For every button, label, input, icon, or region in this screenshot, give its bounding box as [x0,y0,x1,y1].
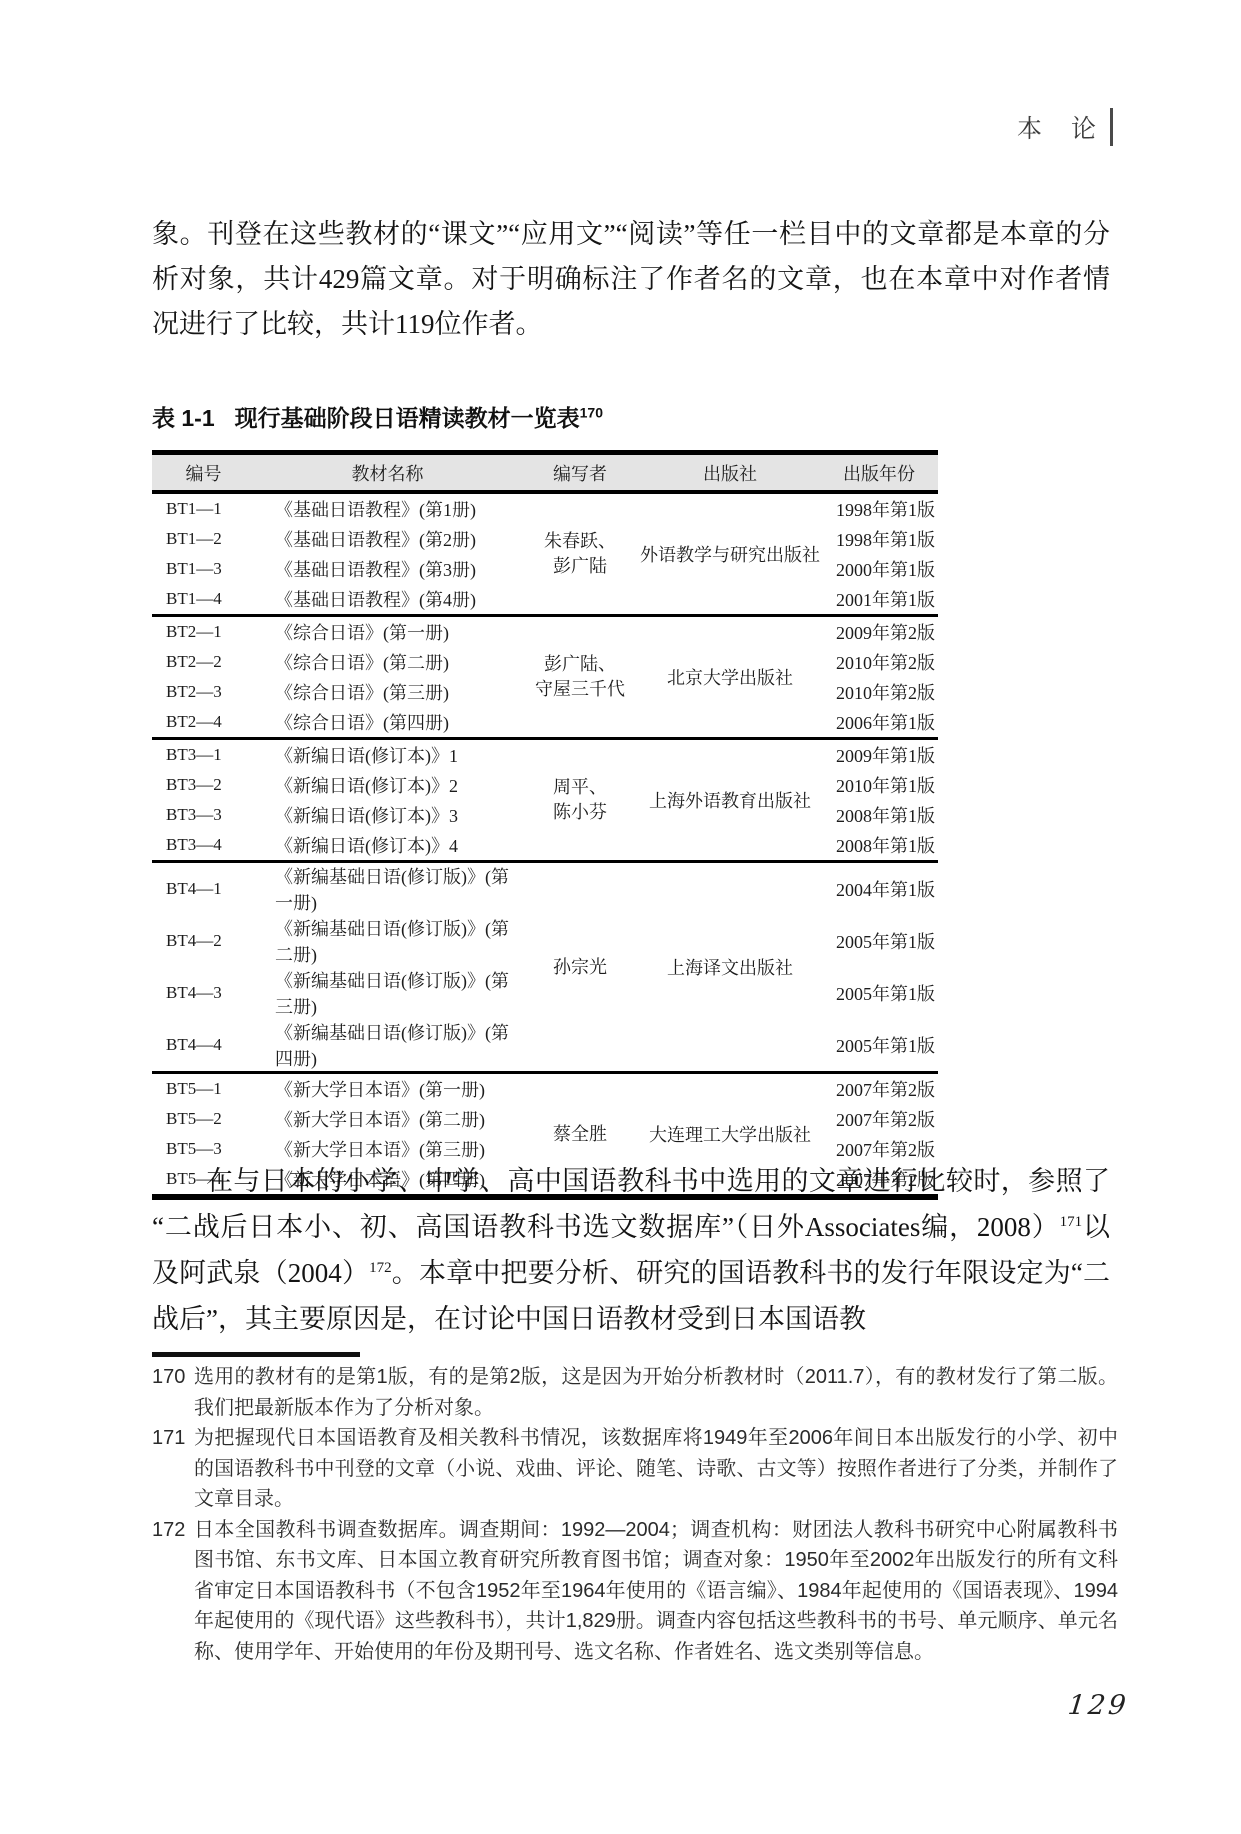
cell-title: 《新编基础日语(修订版)》(第三册) [255,967,520,1019]
cell-title: 《新编基础日语(修订版)》(第二册) [255,915,520,967]
table-caption: 表 1-1现行基础阶段日语精读教材一览表170 [152,400,603,433]
footnote-number: 170 [152,1362,194,1393]
footnote-item: 171为把握现代日本国语教育及相关教科书情况，该数据库将1949年至2006年间… [152,1423,1118,1515]
cell-title: 《基础日语教程》(第3册) [255,554,520,584]
footnote-ref-172: 172 [369,1260,392,1276]
cell-id: BT4—2 [152,915,255,967]
body-paragraph-2: 在与日本的小学、中学、高中国语教科书中选用的文章进行比较时，参照了“二战后日本小… [152,1158,1110,1342]
cell-year: 1998年第1版 [820,492,938,524]
cell-publisher: 北京大学出版社 [640,616,820,739]
table-header: 编号 教材名称 编写者 出版社 出版年份 [152,453,938,493]
cell-title: 《新编日语(修订本)》3 [255,800,520,830]
cell-year: 2010年第2版 [820,677,938,707]
textbook-table: 编号 教材名称 编写者 出版社 出版年份 BT1—1《基础日语教程》(第1册)朱… [152,450,938,1200]
cell-id: BT3—3 [152,800,255,830]
cell-title: 《综合日语》(第一册) [255,616,520,648]
col-header-author: 编写者 [520,453,640,493]
cell-id: BT1—3 [152,554,255,584]
table-row: BT3—1《新编日语(修订本)》1周平、 陈小芬上海外语教育出版社2009年第1… [152,739,938,771]
cell-year: 2010年第2版 [820,647,938,677]
cell-id: BT2—4 [152,707,255,739]
footnote-number: 172 [152,1515,194,1546]
cell-author: 孙宗光 [520,862,640,1073]
footnote-text: 选用的教材有的是第1版，有的是第2版，这是因为开始分析教材时（2011.7），有… [194,1362,1118,1423]
cell-year: 2007年第2版 [820,1104,938,1134]
footnotes: 170选用的教材有的是第1版，有的是第2版，这是因为开始分析教材时（2011.7… [152,1362,1118,1667]
cell-title: 《基础日语教程》(第1册) [255,492,520,524]
cell-title: 《综合日语》(第二册) [255,647,520,677]
footnote-text: 为把握现代日本国语教育及相关教科书情况，该数据库将1949年至2006年间日本出… [194,1423,1118,1515]
cell-publisher: 外语教学与研究出版社 [640,492,820,616]
cell-year: 2009年第1版 [820,739,938,771]
table-caption-label: 表 1-1 [152,405,215,431]
cell-year: 2005年第1版 [820,1019,938,1073]
cell-title: 《新编日语(修订本)》2 [255,770,520,800]
footnote-item: 170选用的教材有的是第1版，有的是第2版，这是因为开始分析教材时（2011.7… [152,1362,1118,1423]
footnote-separator-rule [152,1352,360,1357]
cell-title: 《新编日语(修订本)》4 [255,830,520,862]
cell-id: BT4—3 [152,967,255,1019]
running-header-divider [1110,108,1113,146]
cell-publisher: 上海外语教育出版社 [640,739,820,862]
textbook-table-body: BT1—1《基础日语教程》(第1册)朱春跃、 彭广陆外语教学与研究出版社1998… [152,492,938,1197]
cell-title: 《新编基础日语(修订版)》(第四册) [255,1019,520,1073]
table-caption-footnote-ref: 170 [580,404,603,420]
cell-year: 2005年第1版 [820,967,938,1019]
col-header-id: 编号 [152,453,255,493]
cell-id: BT2—1 [152,616,255,648]
cell-id: BT3—2 [152,770,255,800]
cell-title: 《综合日语》(第三册) [255,677,520,707]
cell-year: 2000年第1版 [820,554,938,584]
cell-author: 周平、 陈小芬 [520,739,640,862]
cell-id: BT1—2 [152,524,255,554]
cell-year: 1998年第1版 [820,524,938,554]
cell-title: 《新大学日本语》(第二册) [255,1104,520,1134]
cell-id: BT4—1 [152,862,255,916]
table-row: BT5—1《新大学日本语》(第一册)蔡全胜大连理工大学出版社2007年第2版 [152,1073,938,1105]
footnote-number: 171 [152,1423,194,1454]
cell-id: BT5—1 [152,1073,255,1105]
table-row: BT1—1《基础日语教程》(第1册)朱春跃、 彭广陆外语教学与研究出版社1998… [152,492,938,524]
page-number: 129 [1066,1690,1130,1721]
cell-title: 《新编日语(修订本)》1 [255,739,520,771]
cell-year: 2001年第1版 [820,584,938,616]
running-header-title: 本 论 [1017,109,1098,145]
cell-id: BT3—1 [152,739,255,771]
cell-year: 2010年第1版 [820,770,938,800]
cell-title: 《基础日语教程》(第2册) [255,524,520,554]
col-header-title: 教材名称 [255,453,520,493]
col-header-year: 出版年份 [820,453,938,493]
cell-year: 2004年第1版 [820,862,938,916]
cell-publisher: 上海译文出版社 [640,862,820,1073]
footnote-ref-171: 171 [1060,1214,1083,1230]
cell-title: 《新大学日本语》(第一册) [255,1073,520,1105]
cell-id: BT2—3 [152,677,255,707]
table-row: BT2—1《综合日语》(第一册)彭广陆、 守屋三千代北京大学出版社2009年第2… [152,616,938,648]
table-caption-title: 现行基础阶段日语精读教材一览表 [235,405,580,431]
cell-id: BT4—4 [152,1019,255,1073]
cell-id: BT3—4 [152,830,255,862]
cell-year: 2006年第1版 [820,707,938,739]
cell-title: 《基础日语教程》(第4册) [255,584,520,616]
footnote-item: 172日本全国教科书调查数据库。调查期间：1992—2004；调查机构：财团法人… [152,1515,1118,1668]
table-header-row: 编号 教材名称 编写者 出版社 出版年份 [152,453,938,493]
cell-year: 2009年第2版 [820,616,938,648]
cell-id: BT1—4 [152,584,255,616]
cell-author: 彭广陆、 守屋三千代 [520,616,640,739]
cell-year: 2005年第1版 [820,915,938,967]
cell-year: 2007年第2版 [820,1073,938,1105]
book-page: 本 论 象。刊登在这些教材的“课文”“应用文”“阅读”等任一栏目中的文章都是本章… [0,0,1241,1834]
col-header-publisher: 出版社 [640,453,820,493]
cell-year: 2008年第1版 [820,830,938,862]
cell-id: BT5—2 [152,1104,255,1134]
cell-id: BT1—1 [152,492,255,524]
running-header: 本 论 [1017,108,1113,146]
cell-year: 2008年第1版 [820,800,938,830]
footnote-text: 日本全国教科书调查数据库。调查期间：1992—2004；调查机构：财团法人教科书… [194,1515,1118,1668]
cell-title: 《新编基础日语(修订版)》(第一册) [255,862,520,916]
table-row: BT4—1《新编基础日语(修订版)》(第一册)孙宗光上海译文出版社2004年第1… [152,862,938,916]
body-paragraph-1: 象。刊登在这些教材的“课文”“应用文”“阅读”等任一栏目中的文章都是本章的分析对… [152,212,1110,347]
cell-id: BT2—2 [152,647,255,677]
cell-author: 朱春跃、 彭广陆 [520,492,640,616]
cell-title: 《综合日语》(第四册) [255,707,520,739]
